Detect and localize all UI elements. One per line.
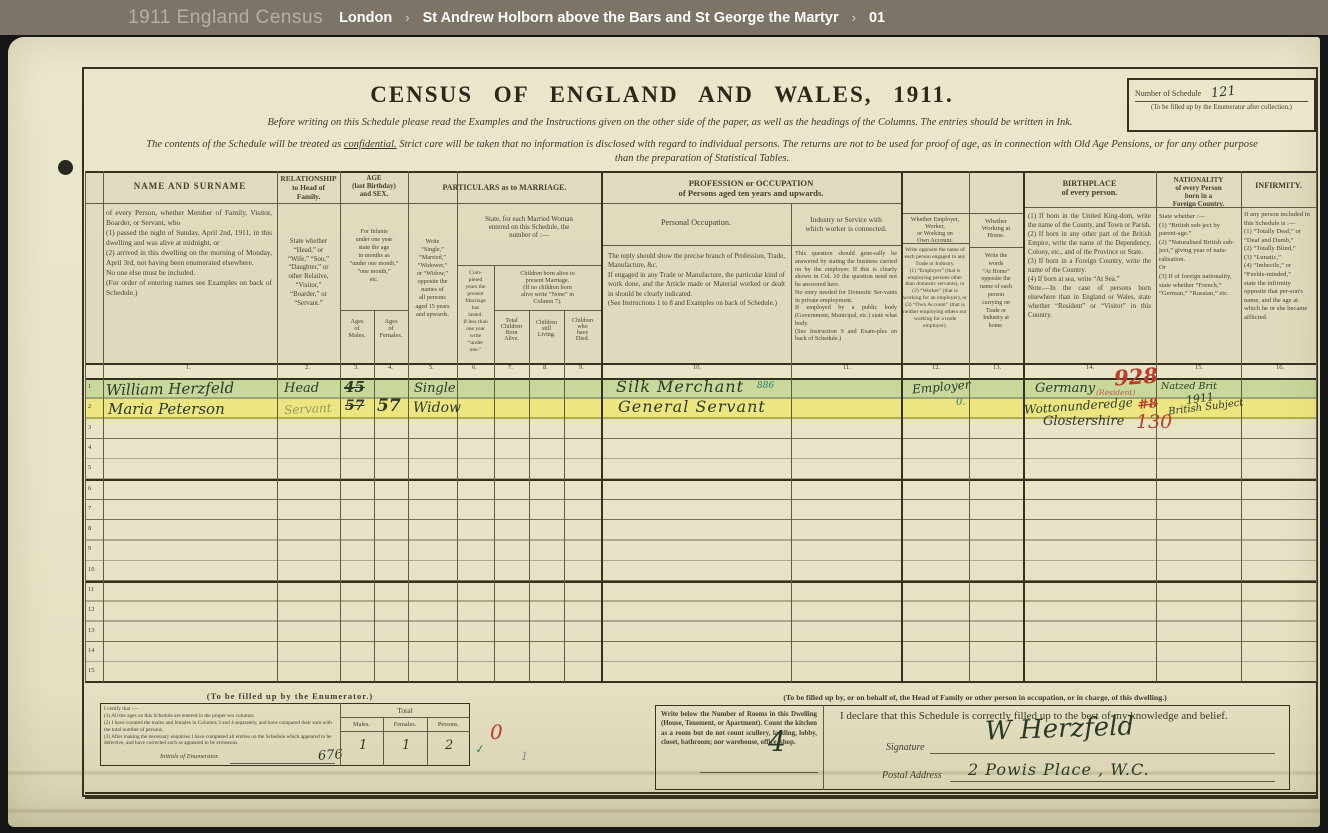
totals-females-label: Females. [383, 721, 427, 728]
annotation-faint-one: 1 [521, 750, 528, 763]
row-number: 15 [88, 667, 95, 674]
rooms-instruction: Write below the Number of Rooms in this … [661, 710, 817, 747]
row-number: 13 [88, 627, 95, 634]
totals-females-value: 1 [402, 738, 410, 753]
punch-hole [58, 160, 73, 175]
col-marriage-group: PARTICULARS as to MARRIAGE. [408, 183, 601, 192]
r2-name: Maria Peterson [108, 400, 225, 418]
row-number: 2 [88, 403, 91, 410]
r2-birthplace-code: 130 [1136, 411, 1172, 433]
row-number: 9 [88, 545, 91, 552]
col8-title: Children still Living. [529, 320, 564, 338]
colnum-2: 2. [305, 364, 310, 371]
col-profession-group: PROFESSION or OCCUPATION of Persons aged… [601, 178, 901, 198]
col13-title: Whether Working at Home. [970, 218, 1022, 239]
col-age-title: AGE (last Birthday) and SEX. [340, 174, 408, 198]
colnum-4: 4. [388, 364, 393, 371]
col-ages-females: Ages of Females. [374, 318, 408, 339]
colnum-13: 13. [993, 364, 1001, 371]
colnum-14: 14. [1086, 364, 1094, 371]
col-married-woman: State, for each Married Woman entered on… [458, 215, 600, 239]
form-confidential-tail: than the preparation of Statistical Tabl… [88, 153, 1316, 164]
col2-title: RELATIONSHIP to Head of Family. [277, 174, 340, 201]
r2-marriage: Widow [413, 400, 461, 416]
r2-age-female: 57 [377, 396, 401, 416]
col15-title: NATIONALITY of every Person born in a Fo… [1156, 176, 1241, 208]
col16-desc: If any person included in this Schedule … [1244, 211, 1314, 322]
totals-persons-value: 2 [445, 738, 453, 753]
row-number: 3 [88, 424, 91, 431]
rooms-value: 4 [768, 725, 786, 758]
colnum-5: 5. [429, 364, 434, 371]
col10-desc: The reply should show the precise branch… [608, 252, 785, 309]
r1-occupation-code: 886 [757, 381, 774, 391]
row-number: 12 [88, 606, 95, 613]
r2-age-struck: 57 [345, 398, 364, 414]
enumerator-initials-label: Initials of Enumerator. [160, 753, 219, 760]
collection-title[interactable]: 1911 England Census [128, 7, 323, 29]
col5-desc: Write “Single,” “Married,” “Widower,” or… [409, 238, 456, 319]
row-number: 11 [88, 586, 94, 593]
colnum-7: 7. [508, 364, 513, 371]
row-number: 5 [88, 464, 91, 471]
paper-crease [8, 808, 1320, 814]
postal-address-label: Postal Address [882, 770, 942, 781]
confidential-post: Strict care will be taken that no inform… [397, 139, 1258, 150]
col11-title: Industry or Service with which worker is… [791, 215, 901, 233]
form-title: CENSUS OF ENGLAND AND WALES, 1911. [82, 82, 1242, 108]
row-number: 6 [88, 485, 91, 492]
totals-males-value: 1 [359, 738, 367, 753]
colnum-16: 16. [1276, 364, 1284, 371]
declaration-heading: (To be filled up by, or on behalf of, th… [660, 693, 1290, 702]
col1-desc: of every Person, whether Member of Famil… [106, 208, 272, 298]
r1-age-male: 45 [344, 378, 365, 396]
col1-title: NAME AND SURNAME [103, 181, 277, 191]
col6-desc: Com- pleted years the present Marriage h… [458, 270, 493, 354]
r1-name: William Herzfeld [106, 379, 234, 399]
row-number: 4 [88, 444, 91, 451]
totals-persons-label: Persons. [427, 721, 470, 728]
colnum-3: 3. [354, 364, 359, 371]
colnum-9: 9. [579, 364, 584, 371]
col14-title: BIRTHPLACE of every person. [1023, 179, 1156, 197]
breadcrumb-county[interactable]: London [339, 10, 392, 26]
table-rows-grid [85, 378, 1316, 682]
totals-males-label: Males. [340, 721, 383, 728]
form-confidential-line: The contents of the Schedule will be tre… [88, 139, 1316, 150]
chevron-right-icon: › [852, 10, 856, 25]
col11-desc: This question should gene-rally be answe… [795, 250, 897, 343]
annotation-red-zero: 0 [490, 720, 503, 744]
r2-birthplace-line2: Glostershire [1043, 414, 1124, 429]
col12-title: Whether Employer, Worker, or Working on … [902, 216, 968, 244]
postal-address-value: 2 Powis Place , W.C. [968, 760, 1150, 779]
r2-relationship: Servant [284, 401, 332, 417]
breadcrumb-parish[interactable]: St Andrew Holborn above the Bars and St … [423, 10, 839, 26]
colnum-6: 6. [472, 364, 477, 371]
col-age-desc: For Infants under one year state the age… [341, 228, 407, 284]
r1-marriage: Single [414, 381, 456, 396]
row-number: 10 [88, 566, 95, 573]
signature-label: Signature [886, 742, 925, 753]
col7-title: Total Children Born Alive. [494, 318, 529, 342]
r1-birthplace: Germany [1035, 381, 1095, 396]
enumerator-heading: (To be filled up by the Enumerator.) [100, 691, 480, 701]
colnum-12: 12. [932, 364, 940, 371]
confidential-pre: The contents of the Schedule will be tre… [146, 139, 344, 150]
signature-value: W Herzfeld [985, 711, 1135, 746]
row-number: 7 [88, 505, 91, 512]
breadcrumb: London › St Andrew Holborn above the Bar… [339, 10, 885, 26]
col15-desc: State whether :— (1) “British sub-ject b… [1159, 213, 1238, 299]
row-number: 8 [88, 525, 91, 532]
r1-employer-code: 0. [956, 397, 966, 408]
r2-occupation: General Servant [618, 397, 766, 416]
breadcrumb-piece[interactable]: 01 [869, 10, 885, 26]
colnum-11: 11. [843, 364, 851, 371]
colnum-15: 15. [1195, 364, 1203, 371]
r1-relationship: Head [284, 381, 319, 396]
row-number: 1 [88, 383, 91, 390]
colnum-1: 1. [186, 364, 191, 371]
col12-desc: Write opposite the name of each person e… [903, 247, 967, 330]
chevron-right-icon: › [405, 10, 409, 25]
col16-title: INFIRMITY. [1241, 181, 1316, 190]
col-ages-males: Ages of Males. [340, 318, 374, 339]
census-viewer: 1911 England Census London › St Andrew H… [0, 0, 1328, 833]
r1-occupation: Silk Merchant [616, 377, 744, 396]
app-bar: 1911 England Census London › St Andrew H… [0, 0, 1328, 35]
col2-desc: State whether “Head,” or “Wife,” “Son,” … [279, 238, 338, 309]
col13-desc: Write the words “At Home” opposite the n… [971, 253, 1021, 331]
annotation-check-mark: ✓ [474, 741, 486, 756]
colnum-8: 8. [543, 364, 548, 371]
col-children-group: Children born alive to present Marriage.… [495, 270, 600, 305]
col9-title: Children who have Died. [564, 318, 601, 342]
r1-birthplace-code: 928 [1113, 363, 1158, 391]
enumerator-certify-text: I certify that :— (1) All the ages on th… [104, 706, 338, 747]
col10-title: Personal Occupation. [601, 218, 791, 227]
row-number: 14 [88, 647, 95, 654]
colnum-10: 10. [693, 364, 701, 371]
col14-desc: (1) If born in the United King-dom, writ… [1028, 213, 1151, 321]
confidential-word: confidential. [344, 139, 397, 150]
totals-label: Total [340, 706, 470, 715]
form-intro: Before writing on this Schedule please r… [120, 117, 1220, 128]
